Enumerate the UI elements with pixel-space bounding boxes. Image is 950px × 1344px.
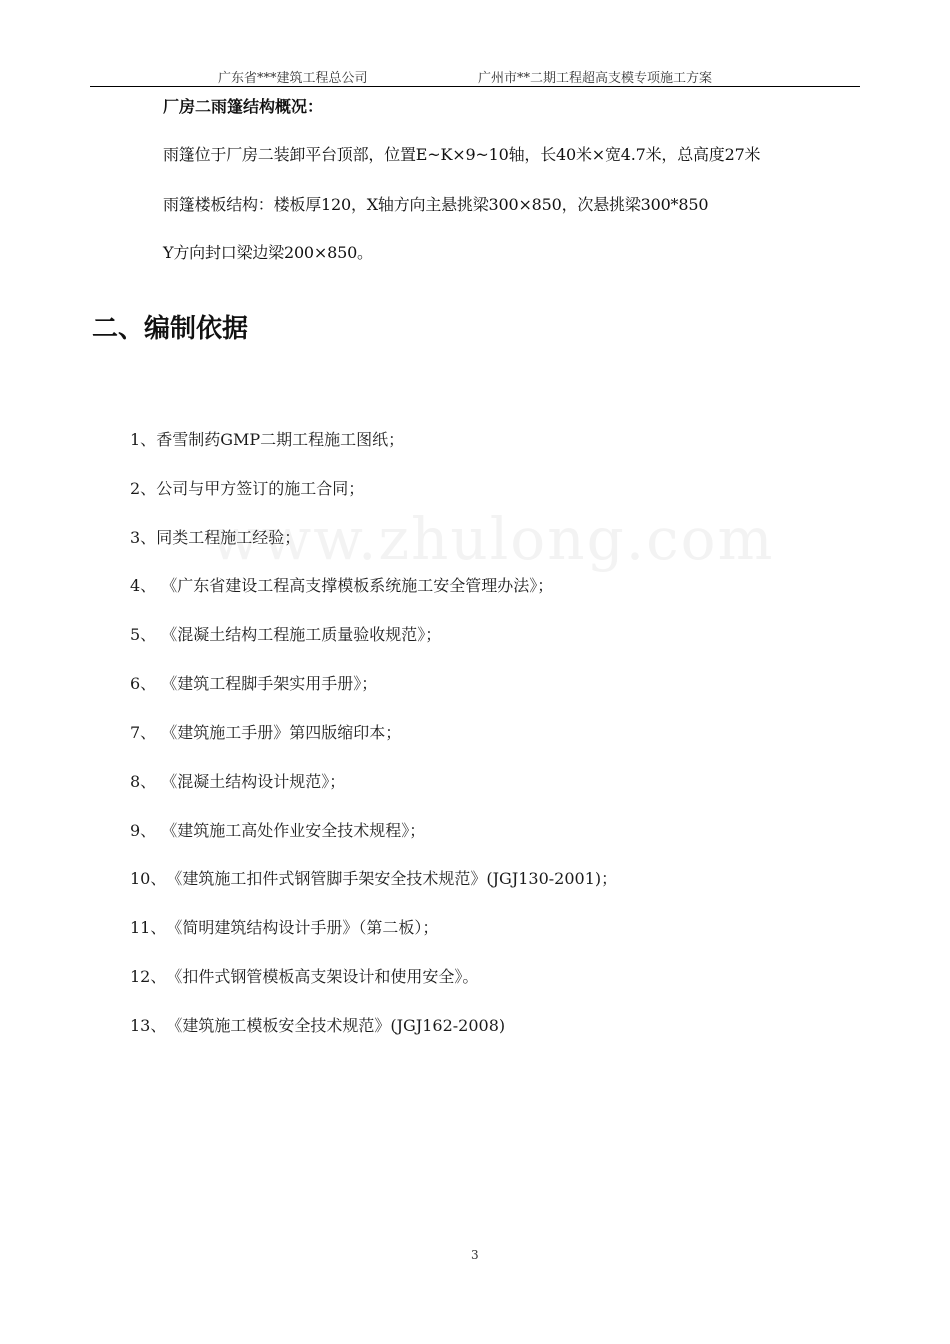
reference-text: 《建筑施工扣件式钢管脚手架安全技术规范》(JGJ130-2001)；	[166, 869, 617, 888]
reference-number: 13、	[130, 1013, 166, 1036]
reference-item: 1、香雪制药GMP二期工程施工图纸；	[130, 427, 404, 450]
reference-number: 8、	[130, 769, 156, 792]
page-number: 3	[471, 1248, 479, 1262]
reference-number: 1、	[130, 427, 156, 450]
reference-item: 11、《简明建筑结构设计手册》（第二板）；	[130, 915, 438, 938]
reference-number: 7、	[130, 720, 156, 743]
overview-line-location: 雨篷位于厂房二装卸平台顶部，位置E~K×9~10轴，长40米×宽4.7米，总高度…	[163, 142, 760, 165]
overview-line-beam: Y方向封口梁边梁200×850。	[163, 240, 373, 263]
reference-item: 7、 《建筑施工手册》第四版缩印本；	[130, 720, 401, 743]
reference-number: 4、	[130, 573, 156, 596]
reference-text: 《建筑施工手册》第四版缩印本；	[156, 723, 401, 742]
reference-item: 8、 《混凝土结构设计规范》；	[130, 769, 345, 792]
reference-text: 《建筑施工高处作业安全技术规程》；	[156, 821, 425, 840]
reference-number: 2、	[130, 476, 156, 499]
overview-line-slab: 雨篷楼板结构：楼板厚120，X轴方向主悬挑梁300×850，次悬挑梁300*85…	[163, 192, 708, 215]
reference-item: 9、 《建筑施工高处作业安全技术规程》；	[130, 818, 425, 841]
reference-item: 12、《扣件式钢管模板高支架设计和使用安全》。	[130, 964, 478, 987]
reference-item: 4、 《广东省建设工程高支撑模板系统施工安全管理办法》；	[130, 573, 553, 596]
overview-title: 厂房二雨篷结构概况：	[163, 94, 323, 117]
reference-text: 香雪制药GMP二期工程施工图纸；	[156, 430, 404, 449]
header-document-title: 广州市**二期工程超高支模专项施工方案	[478, 67, 712, 86]
section-heading-basis: 二、编制依据	[92, 308, 248, 345]
reference-text: 《建筑工程脚手架实用手册》；	[156, 674, 377, 693]
reference-number: 9、	[130, 818, 156, 841]
reference-number: 10、	[130, 866, 166, 889]
reference-number: 5、	[130, 622, 156, 645]
reference-number: 3、	[130, 525, 156, 548]
reference-text: 《混凝土结构工程施工质量验收规范》；	[156, 625, 441, 644]
reference-number: 6、	[130, 671, 156, 694]
reference-text: 公司与甲方签订的施工合同；	[156, 479, 364, 498]
reference-text: 《简明建筑结构设计手册》（第二板）；	[166, 918, 438, 937]
reference-item: 3、同类工程施工经验；	[130, 525, 300, 548]
document-page: 广东省***建筑工程总公司 广州市**二期工程超高支模专项施工方案 厂房二雨篷结…	[0, 0, 950, 1344]
header-divider	[90, 86, 860, 87]
reference-text: 《建筑施工模板安全技术规范》(JGJ162-2008)	[166, 1016, 505, 1035]
reference-item: 5、 《混凝土结构工程施工质量验收规范》；	[130, 622, 441, 645]
reference-text: 《广东省建设工程高支撑模板系统施工安全管理办法》；	[156, 576, 553, 595]
reference-item: 2、公司与甲方签订的施工合同；	[130, 476, 364, 499]
reference-text: 《混凝土结构设计规范》；	[156, 772, 345, 791]
reference-item: 6、 《建筑工程脚手架实用手册》；	[130, 671, 377, 694]
reference-number: 12、	[130, 964, 166, 987]
reference-text: 《扣件式钢管模板高支架设计和使用安全》。	[166, 967, 478, 986]
reference-item: 10、《建筑施工扣件式钢管脚手架安全技术规范》(JGJ130-2001)；	[130, 866, 617, 889]
header-company: 广东省***建筑工程总公司	[218, 67, 368, 86]
reference-text: 同类工程施工经验；	[156, 528, 300, 547]
reference-number: 11、	[130, 915, 166, 938]
reference-item: 13、《建筑施工模板安全技术规范》(JGJ162-2008)	[130, 1013, 505, 1036]
